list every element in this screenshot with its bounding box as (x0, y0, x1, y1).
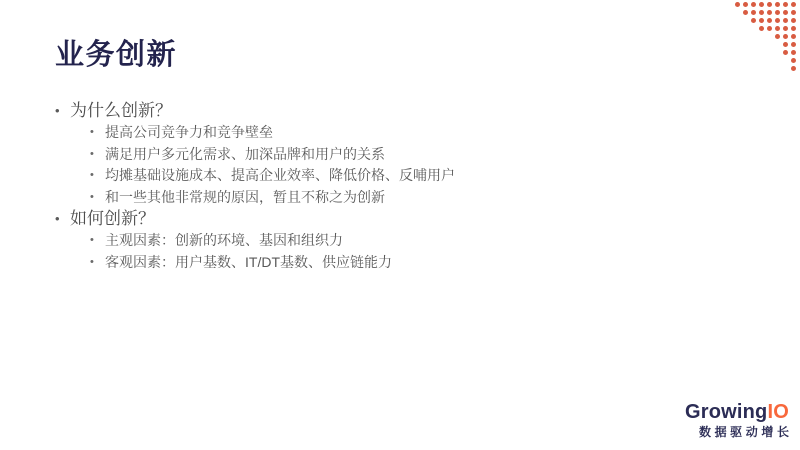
decor-dot (791, 10, 796, 15)
decor-dot (791, 26, 796, 31)
bullet-text: 为什么创新？ (70, 100, 172, 122)
decor-dot (783, 10, 788, 15)
decor-dot (775, 26, 780, 31)
bullet-item-level2: •均摊基础设施成本、提高企业效率、降低价格、反哺用户 (90, 165, 615, 187)
bullet-text: 均摊基础设施成本、提高企业效率、降低价格、反哺用户 (105, 165, 455, 187)
bullet-list: •为什么创新？•提高公司竞争力和竞争壁垒•满足用户多元化需求、加深品牌和用户的关… (55, 100, 615, 273)
growingio-logo: GrowingIO 数据驱动增长 (685, 401, 789, 439)
decor-dot (775, 10, 780, 15)
page-title: 业务创新 (55, 32, 177, 73)
bullet-marker: • (90, 187, 105, 209)
logo-text-io: IO (767, 401, 789, 423)
bullet-text: 满足用户多元化需求、加深品牌和用户的关系 (105, 144, 385, 166)
decor-dot (791, 42, 796, 47)
logo-tagline: 数据驱动增长 (685, 425, 793, 439)
bullet-marker: • (55, 100, 70, 122)
decor-dot (767, 26, 772, 31)
logo-wordmark: GrowingIO (685, 401, 789, 423)
bullet-marker: • (90, 230, 105, 252)
decor-dot (775, 18, 780, 23)
decor-dot (767, 18, 772, 23)
decor-dot (751, 18, 756, 23)
bullet-item-level2: •提高公司竞争力和竞争壁垒 (90, 122, 615, 144)
decor-dot (751, 2, 756, 7)
decor-dot (783, 42, 788, 47)
bullet-item-level2: •满足用户多元化需求、加深品牌和用户的关系 (90, 144, 615, 166)
decor-dot (735, 2, 740, 7)
decor-dot (791, 18, 796, 23)
bullet-text: 和一些其他非常规的原因，暂且不称之为创新 (105, 187, 385, 209)
bullet-item-level2: •主观因素：创新的环境、基因和组织力 (90, 230, 615, 252)
decor-dot (775, 2, 780, 7)
bullet-marker: • (90, 252, 105, 274)
decor-dot (759, 2, 764, 7)
decor-dot (767, 2, 772, 7)
bullet-text: 主观因素：创新的环境、基因和组织力 (105, 230, 343, 252)
decor-dot (791, 50, 796, 55)
corner-dots-decoration (735, 2, 799, 76)
bullet-text: 如何创新？ (70, 208, 155, 230)
bullet-text: 客观因素：用户基数、IT/DT基数、供应链能力 (105, 252, 392, 274)
decor-dot (767, 10, 772, 15)
decor-dot (783, 18, 788, 23)
decor-dot (759, 10, 764, 15)
bullet-marker: • (90, 165, 105, 187)
decor-dot (743, 10, 748, 15)
bullet-marker: • (55, 208, 70, 230)
decor-dot (775, 34, 780, 39)
bullet-item-level1: •为什么创新？ (55, 100, 615, 122)
bullet-marker: • (90, 144, 105, 166)
decor-dot (783, 2, 788, 7)
decor-dot (743, 2, 748, 7)
decor-dot (783, 26, 788, 31)
decor-dot (791, 2, 796, 7)
decor-dot (783, 50, 788, 55)
bullet-item-level2: •和一些其他非常规的原因，暂且不称之为创新 (90, 187, 615, 209)
decor-dot (759, 26, 764, 31)
bullet-item-level1: •如何创新？ (55, 208, 615, 230)
decor-dot (751, 10, 756, 15)
bullet-text: 提高公司竞争力和竞争壁垒 (105, 122, 273, 144)
decor-dot (791, 34, 796, 39)
bullet-item-level2: •客观因素：用户基数、IT/DT基数、供应链能力 (90, 252, 615, 274)
decor-dot (759, 18, 764, 23)
decor-dot (783, 34, 788, 39)
bullet-marker: • (90, 122, 105, 144)
logo-text-growing: Growing (685, 401, 768, 423)
decor-dot (791, 58, 796, 63)
slide: 业务创新 •为什么创新？•提高公司竞争力和竞争壁垒•满足用户多元化需求、加深品牌… (0, 0, 800, 450)
decor-dot (791, 66, 796, 71)
